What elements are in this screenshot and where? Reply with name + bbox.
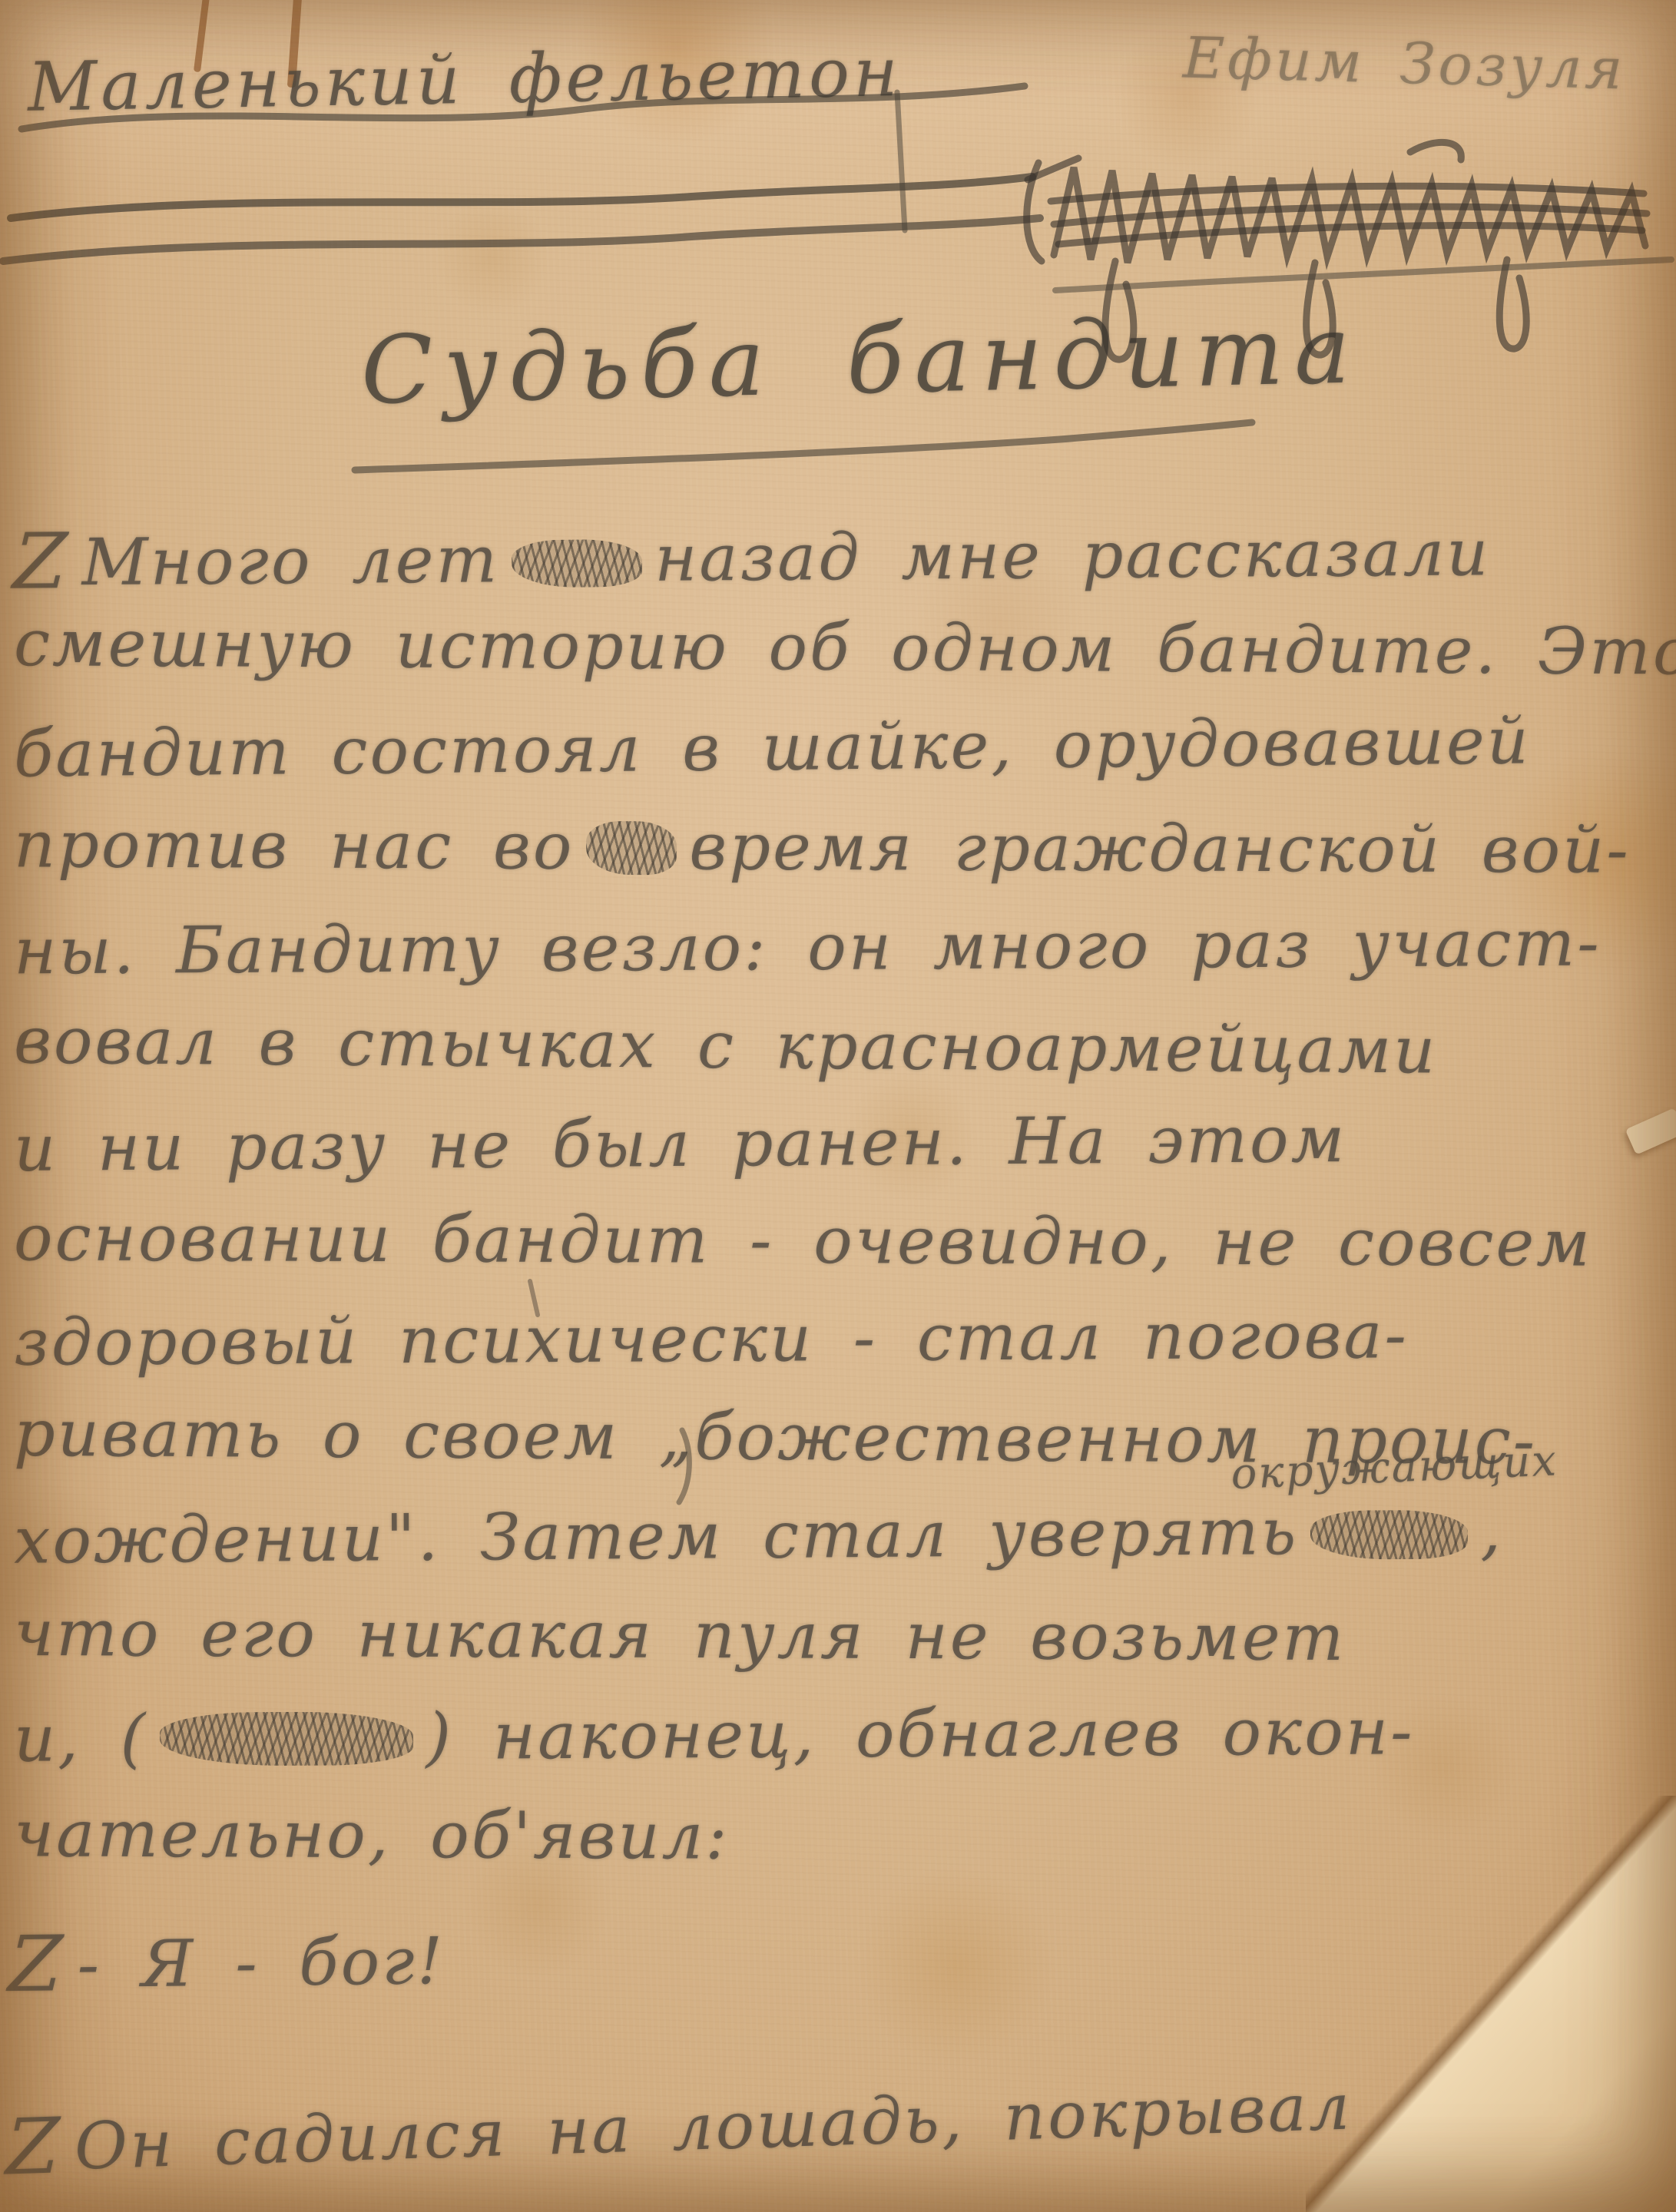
text-line: против нас вовремя гражданской вой- xyxy=(14,806,1631,887)
line-text: что его никакая пуля не возьмет xyxy=(14,1595,1346,1675)
text-line: бандит состоял в шайке, орудовавшей xyxy=(14,703,1532,791)
text-line: здоровый психически - стал погова- xyxy=(14,1297,1409,1380)
text-line: основании бандит - очевидно, не совсем xyxy=(14,1200,1592,1280)
text-line: и ни разу не был ранен. На этом xyxy=(14,1101,1347,1186)
scribble-strikeout xyxy=(586,821,677,875)
text-line: хождении". Затем стал уверять, окружающи… xyxy=(14,1492,1503,1578)
line-text: время гражданской вой- xyxy=(689,809,1631,887)
author-name-text: Ефим Зозуля xyxy=(1182,25,1627,102)
line-text: ны. Бандиту везло: он много раз участ- xyxy=(14,906,1601,989)
paragraph-mark: Z xyxy=(2,516,80,607)
line-text: здоровый психически - стал погова- xyxy=(14,1297,1409,1380)
text-line: ZМного летназад мне рассказали xyxy=(14,503,1491,603)
scribble-strikeout xyxy=(1310,1510,1468,1560)
line-text: ) наконец, обнаглев окон- xyxy=(426,1694,1415,1774)
line-text: вовал в стычках с красноармейцами xyxy=(14,1003,1438,1088)
page-title: Судьба бандита xyxy=(360,295,1362,425)
text-line: Z- Я - бог! xyxy=(8,1912,445,2006)
line-text: и ни разу не был ранен. На этом xyxy=(14,1101,1347,1186)
text-line: ZОн садился на лошадь, покрывал xyxy=(5,2058,1353,2190)
line-text: хождении". Затем стал уверять xyxy=(14,1494,1299,1578)
line-text: чательно, об'явил: xyxy=(14,1796,730,1873)
line-text: против нас во xyxy=(14,806,575,884)
folded-corner xyxy=(1306,1796,1676,2212)
author-signature: Ефим Зозуля xyxy=(1182,25,1627,102)
line-text: основании бандит - очевидно, не совсем xyxy=(14,1200,1592,1280)
crossed-out-heading: Маленький фельетон xyxy=(27,32,902,127)
scribble-strikeout xyxy=(160,1711,413,1767)
crossed-heading-text: Маленький фельетон xyxy=(27,32,902,127)
line-text: , xyxy=(1480,1492,1503,1568)
page-title-text: Судьба бандита xyxy=(360,295,1362,425)
scribble-strikeout xyxy=(512,539,642,588)
line-text: - Я - бог! xyxy=(77,1923,445,2002)
text-line: что его никакая пуля не возьмет xyxy=(14,1595,1346,1675)
line-text: бандит состоял в шайке, орудовавшей xyxy=(14,703,1532,791)
line-text: смешную историю об одном бандите. Этот xyxy=(14,605,1676,690)
line-text: и, ( xyxy=(14,1700,148,1777)
paragraph-mark: Z xyxy=(0,2101,71,2193)
torn-edge-nick xyxy=(1625,1108,1676,1154)
line-text: назад мне рассказали xyxy=(654,515,1491,596)
line-text: Он садился на лошадь, покрывал xyxy=(74,2069,1353,2184)
manuscript-page: Маленький фельетон Ефим Зозуля Судьба ба… xyxy=(0,0,1676,2212)
text-line: чательно, об'явил: xyxy=(14,1796,730,1873)
text-line: вовал в стычках с красноармейцами xyxy=(14,1003,1438,1088)
paragraph-mark: Z xyxy=(0,1919,75,2009)
line-text: Много лет xyxy=(81,522,499,600)
text-line: смешную историю об одном бандите. Этот xyxy=(14,605,1676,690)
text-line: ны. Бандиту везло: он много раз участ- xyxy=(14,906,1601,989)
text-line: и, () наконец, обнаглев окон- xyxy=(14,1694,1415,1777)
